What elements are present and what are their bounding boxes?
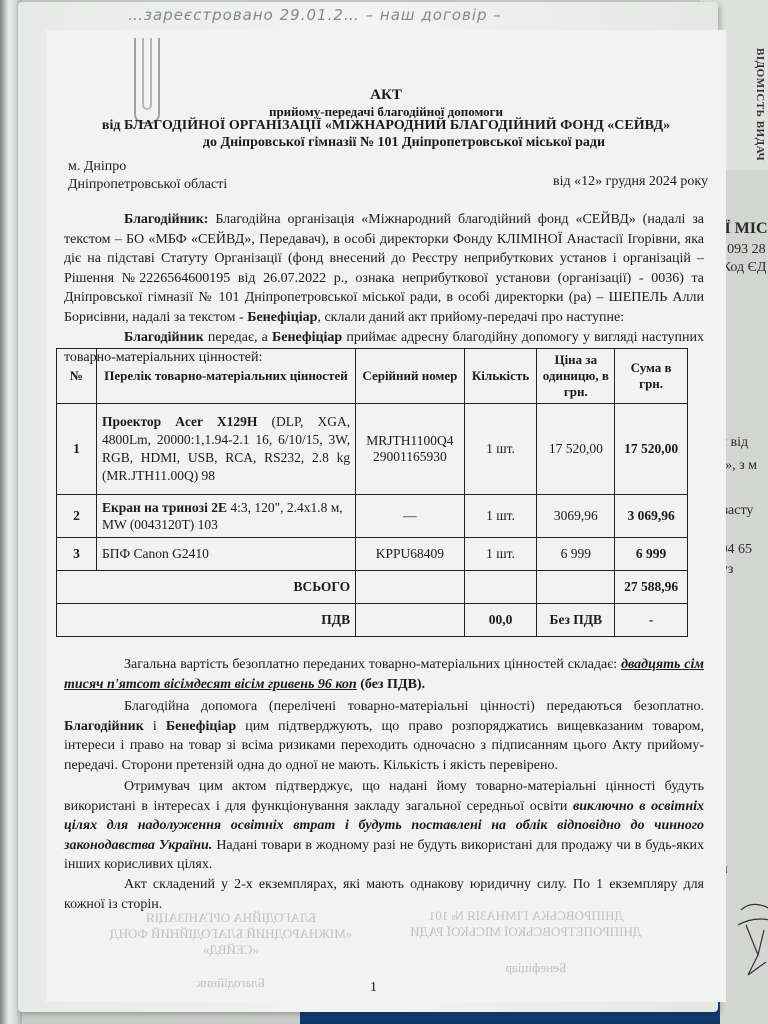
total-qty-empty (464, 571, 537, 604)
document-page: АКТ прийому-передачі благодійної допомог… (46, 30, 726, 1002)
total-sum: 27 588,96 (615, 571, 688, 604)
row-name: Екран на тринозі 2E 4:3, 120", 2.4x1.8 м… (96, 495, 355, 538)
row-serial: MRJTH1100Q4 29001165930 (356, 404, 465, 495)
row-number: 3 (57, 538, 97, 571)
row-name-bold: Проектор Acer X129H (102, 414, 257, 429)
header-serial: Серійний номер (356, 349, 465, 404)
total-label: ВСЬОГО (57, 571, 356, 604)
donor-term: Благодійник (124, 330, 204, 345)
handwritten-note: …зареєстровано 29.01.2… – наш договір – (128, 6, 708, 24)
recipient-paragraph: Отримувач цим актом підтверджує, що нада… (64, 777, 704, 875)
header-price: Ціна за одиницю, в грн. (537, 349, 615, 404)
copies-text: Акт складений у 2-х екземплярах, які маю… (64, 877, 704, 912)
header-qty: Кількість (464, 349, 537, 404)
total-value-text-1: Загальна вартість безоплатно переданих т… (124, 657, 621, 672)
row-price: 17 520,00 (537, 404, 615, 495)
table-row: 2 Екран на тринозі 2E 4:3, 120", 2.4x1.8… (57, 495, 688, 538)
vat-price: Без ПДВ (537, 604, 615, 637)
row-qty: 1 шт. (464, 538, 537, 571)
vat-qty: 00,0 (464, 604, 537, 637)
document-to-line: до Дніпровської гімназії № 101 Дніпропет… (124, 133, 684, 152)
row-sum: 6 999 (615, 538, 688, 571)
page-number: 1 (370, 980, 377, 996)
row-number: 2 (57, 495, 97, 538)
row-price: 3069,96 (537, 495, 615, 538)
table-header-row: № Перелік товарно-матеріальних цінностей… (57, 349, 688, 404)
show-through-right: ДНІПРОВСЬКА ГІМНАЗІЯ № 101 ДНІПРОПЕТРОВС… (376, 908, 676, 940)
table-vat-row: ПДВ 00,0 Без ПДВ - (57, 604, 688, 637)
donor-term: Благодійник (64, 719, 144, 734)
row-name-bold: Екран на тринозі 2E (102, 500, 227, 515)
document-place: м. Дніпро Дніпропетровської області (68, 158, 227, 194)
row-sum: 3 069,96 (615, 495, 688, 538)
table-row: 3 БПФ Canon G2410 KPPU68409 1 шт. 6 999 … (57, 538, 688, 571)
row-price: 6 999 (537, 538, 615, 571)
document-date: від «12» грудня 2024 року (553, 174, 708, 190)
city: м. Дніпро (68, 158, 227, 176)
row-serial: — (356, 495, 465, 538)
header-sum: Сума в грн. (615, 349, 688, 404)
items-table: № Перелік товарно-матеріальних цінностей… (56, 348, 688, 637)
plastic-sleeve: …зареєстровано 29.01.2… – наш договір – … (18, 2, 718, 1012)
vat-serial-empty (356, 604, 465, 637)
intro-text-2: , склали даний акт прийому-передачі про … (317, 310, 624, 325)
row-serial: KPPU68409 (356, 538, 465, 571)
table-row: 1 Проектор Acer X129H (DLP, XGA, 4800Lm,… (57, 404, 688, 495)
and-text: і (144, 719, 166, 734)
transfer-text-1: передає, а (204, 330, 272, 345)
show-through-left-role: Благодійник (156, 975, 306, 991)
signature-icon (736, 900, 768, 990)
free-transfer-paragraph: Благодійна допомога (перелічені товарно-… (64, 697, 704, 775)
total-value-paragraph: Загальна вартість безоплатно переданих т… (64, 655, 704, 694)
total-serial-empty (356, 571, 465, 604)
row-name-rest: БПФ Canon G2410 (102, 546, 209, 561)
background-vertical-title: ВІДОМІСТЬ ВИДАЧ (754, 48, 766, 161)
table-total-row: ВСЬОГО 27 588,96 (57, 571, 688, 604)
row-qty: 1 шт. (464, 495, 537, 538)
show-through-left: БЛАГОДІЙНА ОРГАНІЗАЦІЯ «МІЖНАРОДНИЙ БЛАГ… (106, 910, 356, 958)
row-number: 1 (57, 404, 97, 495)
beneficiary-term: Бенефіціар (166, 719, 236, 734)
header-number: № (57, 349, 97, 404)
vat-sum: - (615, 604, 688, 637)
beneficiary-label: Бенефіціар (247, 310, 317, 325)
row-sum: 17 520,00 (615, 404, 688, 495)
intro-paragraph: Благодійник: Благодійна організація «Між… (64, 210, 704, 328)
row-qty: 1 шт. (464, 404, 537, 495)
row-name: Проектор Acer X129H (DLP, XGA, 4800Lm, 2… (96, 404, 355, 495)
region: Дніпропетровської області (68, 176, 227, 194)
donor-label: Благодійник: (124, 212, 208, 227)
intro-text-1: Благодійна організація «Міжнародний благ… (64, 212, 704, 325)
vat-label: ПДВ (57, 604, 356, 637)
show-through-right-role: Бенефіціар (476, 960, 596, 976)
free-transfer-text-1: Благодійна допомога (перелічені товарно-… (124, 699, 704, 714)
total-price-empty (537, 571, 615, 604)
beneficiary-term: Бенефіціар (272, 330, 342, 345)
row-name: БПФ Canon G2410 (96, 538, 355, 571)
header-name: Перелік товарно-матеріальних цінностей (96, 349, 355, 404)
total-value-text-2: (без ПДВ). (357, 677, 425, 692)
